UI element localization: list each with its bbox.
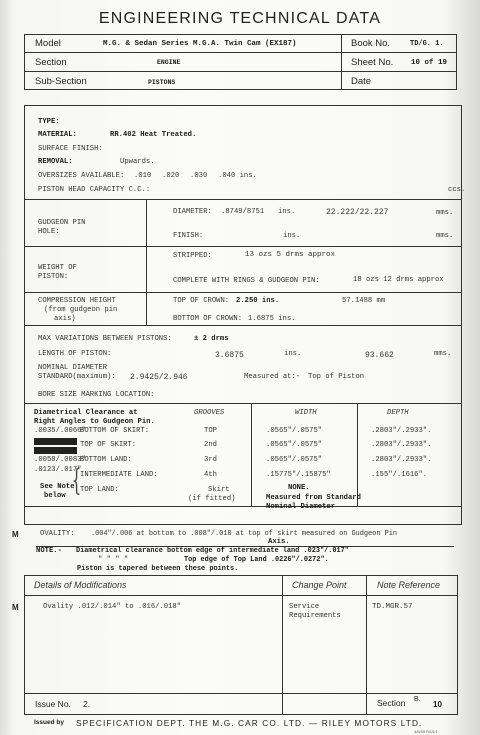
capacity-unit: ccs. [448, 186, 465, 194]
model-value: M.G. & Sedan Series M.G.A. Twin Cam (EX1… [103, 40, 297, 48]
note-line-1: Diametrical clearance bottom edge of int… [76, 547, 349, 555]
groove-1: TOP [204, 427, 217, 435]
divider [24, 71, 457, 72]
groove-5: Skirt [208, 486, 230, 494]
divider [24, 199, 462, 200]
depth-1: .2803"/.2933". [371, 427, 431, 435]
row-label-3: BOTTOM LAND: [80, 456, 132, 464]
sheet-value: 10 of 19 [411, 59, 447, 67]
bottom-crown-label: BOTTOM OF CROWN: [173, 315, 242, 323]
top-crown-label: TOP OF CROWN: [173, 297, 229, 305]
stripped-value: 13 ozs 5 drms approx [245, 251, 335, 259]
bore-marking-label: BORE SIZE MARKING LOCATION: [38, 391, 154, 399]
material-label: MATERIAL: [38, 131, 77, 139]
divider [251, 403, 252, 506]
section-letter: B. [414, 696, 421, 703]
issue-value: 2. [83, 699, 90, 709]
modification-marker: M [12, 603, 19, 612]
book-value: TD/G. 1. [410, 40, 444, 48]
compression-label-2: (from gudgeon pin [44, 306, 117, 314]
measured-note-2: Nominal Diameter [266, 503, 335, 511]
ovality-text-cont: Axis. [268, 538, 290, 546]
divider [146, 199, 147, 325]
section-page: 10 [433, 700, 442, 709]
oversize-2: .020 [162, 172, 179, 180]
groove-3: 3rd [204, 456, 217, 464]
issue-label: Issue No. [35, 699, 71, 709]
skirt-note: (if fitted) [188, 495, 235, 503]
see-note: See Note [40, 483, 75, 491]
ovality-text: .004"/.006 at bottom to .008"/.010 at to… [91, 530, 397, 538]
note-reference: TD.MGR.57 [372, 603, 413, 611]
row-label-4: INTERMEDIATE LAND: [80, 471, 158, 479]
finish-ins-unit: ins. [283, 232, 300, 240]
weight-label: WEIGHT OF [38, 264, 77, 272]
weight-label-2: PISTON: [38, 273, 68, 281]
type-label: TYPE: [38, 118, 60, 126]
modifications-table [24, 575, 458, 715]
struck-clearance-2: XXXXXXXXXXX [34, 447, 77, 454]
top-crown-mm: 57.1488 mm [342, 297, 385, 305]
length-mm-unit: mms. [434, 350, 451, 358]
diameter-mm: 22.222/22.227 [326, 208, 388, 217]
length-ins: 3.6875 [215, 351, 244, 360]
surface-finish-label: SURFACE FINISH: [38, 145, 103, 153]
material-value: RR.402 Heat Treated. [110, 131, 196, 139]
col-change-point: Change Point [292, 580, 347, 590]
top-crown-value: 2.250 ins. [236, 297, 279, 305]
divider [24, 403, 462, 404]
measured-at-label: Measured at:- [244, 373, 300, 381]
complete-label: COMPLETE WITH RINGS & GUDGEON PIN: [173, 277, 320, 285]
issued-by-value: SPECIFICATION DEPT. THE M.G. CAR CO. LTD… [76, 718, 422, 728]
divider [341, 34, 342, 90]
struck-clearance-1: XXXXXXXXXXX [34, 438, 77, 445]
finish-mm-unit: mms. [436, 232, 453, 240]
oversize-4: .040 ins. [218, 172, 257, 180]
oversize-3: .030 [190, 172, 207, 180]
divider [24, 595, 458, 596]
subsection-value: PISTONS [148, 79, 175, 86]
oversizes-label: OVERSIZES AVAILABLE: [38, 172, 124, 180]
modification-marker: M [12, 530, 19, 539]
length-mm: 93.662 [365, 351, 394, 360]
width-4: .15775"/.15875" [266, 471, 331, 479]
divider [24, 506, 462, 507]
print-code: 4/5/55 R&S/1 [414, 729, 438, 734]
measured-note: Measured from Standard [266, 494, 361, 502]
note-ditto: " " " " [98, 556, 128, 564]
clearance-row-1: .0035/.0066" [34, 427, 86, 435]
max-variations-value: ± 2 drms [194, 335, 229, 343]
section-label: Section [377, 698, 405, 708]
divider [24, 693, 458, 694]
groove-4: 4th [204, 471, 217, 479]
col-width: WIDTH [295, 409, 317, 417]
col-grooves: GROOVES [194, 409, 224, 417]
row-label-1: BOTTOM OF SKIRT: [80, 427, 149, 435]
section-label: Section [35, 57, 67, 68]
note-label: NOTE.- [36, 547, 62, 555]
note-line-2: Top edge of Top Land .0226"/.0272". [184, 556, 329, 564]
complete-value: 18 ozs 12 drms approx [353, 276, 444, 284]
diameter-mm-unit: mms. [436, 209, 453, 217]
model-label: Model [35, 38, 61, 49]
nominal-label-2: STANDARD(maximum): [38, 373, 116, 381]
section-value: ENGINE [157, 59, 180, 66]
row-label-2: TOP OF SKIRT: [80, 441, 136, 449]
col-note-reference: Note Reference [377, 580, 440, 590]
divider [357, 403, 358, 506]
clearance-heading: Diametrical Clearance at [34, 409, 138, 417]
width-1: .0565"/.0575" [266, 427, 322, 435]
col-depth: DEPTH [387, 409, 409, 417]
divider [24, 52, 457, 53]
ovality-label: OVALITY: [40, 530, 75, 538]
document-title: ENGINEERING TECHNICAL DATA [0, 10, 480, 28]
nominal-label: NOMINAL DIAMETER [38, 364, 107, 372]
bottom-crown-value: 1.6875 ins. [248, 315, 295, 323]
depth-3: .2803"/.2933". [371, 456, 431, 464]
width-3: .0565"/.0575" [266, 456, 322, 464]
note-line-3: Piston is tapered between these points. [77, 565, 238, 573]
compression-label-3: axis) [54, 315, 76, 323]
date-label: Date [351, 76, 371, 87]
removal-label: REMOVAL: [38, 158, 73, 166]
capacity-label: PISTON HEAD CAPACITY C.C.: [38, 186, 150, 194]
row-label-5: TOP LAND: [80, 486, 119, 494]
nominal-value: 2.9425/2.946 [130, 373, 188, 382]
width-5: NONE. [288, 484, 310, 492]
divider [366, 575, 367, 715]
see-note-2: below [44, 492, 66, 500]
oversize-1: .010 [134, 172, 151, 180]
diameter-ins-unit: ins. [278, 208, 295, 216]
diameter-label: DIAMETER: [173, 208, 212, 216]
measured-at-value: Top of Piston [308, 373, 364, 381]
depth-4: .155"/.1616". [371, 471, 427, 479]
groove-2: 2nd [204, 441, 217, 449]
divider [282, 575, 283, 715]
gudgeon-label: GUDGEON PIN [38, 219, 85, 227]
clearance-heading-2: Right Angles to Gudgeon Pin. [34, 418, 155, 426]
finish-label: FINISH: [173, 232, 203, 240]
modification-details: Ovality .012/.014" to .016/.018" [43, 603, 181, 611]
depth-2: .2803"/.2933". [371, 441, 431, 449]
removal-value: Upwards. [120, 158, 155, 166]
compression-label: COMPRESSION HEIGHT [38, 297, 116, 305]
change-point: Service [289, 603, 319, 611]
subsection-label: Sub-Section [35, 76, 87, 87]
length-ins-unit: ins. [284, 350, 301, 358]
book-label: Book No. [351, 38, 390, 49]
divider [24, 246, 462, 247]
issued-by-label: Issued by [34, 719, 64, 726]
length-label: LENGTH OF PISTON: [38, 350, 111, 358]
width-2: .0565"/.0575" [266, 441, 322, 449]
diameter-ins: .8749/8751 [221, 208, 264, 216]
gudgeon-label-2: HOLE: [38, 228, 60, 236]
change-point-2: Requirements [289, 612, 341, 620]
divider [24, 325, 462, 326]
technical-data-sheet: ENGINEERING TECHNICAL DATA Model M.G. & … [0, 0, 480, 735]
col-details: Details of Modifications [34, 580, 127, 590]
divider [24, 292, 462, 293]
sheet-label: Sheet No. [351, 57, 393, 68]
stripped-label: STRIPPED: [173, 252, 212, 260]
max-variations-label: MAX VARIATIONS BETWEEN PISTONS: [38, 335, 172, 343]
